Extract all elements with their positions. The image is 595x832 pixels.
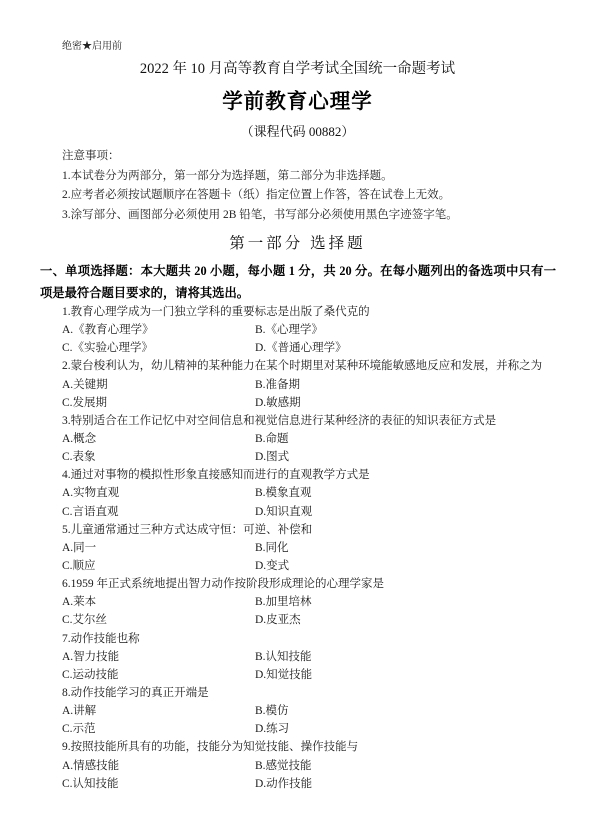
option-a: A.莱本 xyxy=(62,593,255,611)
option-b: B.认知技能 xyxy=(255,648,556,666)
option-a: A.《教育心理学》 xyxy=(62,321,255,339)
option-b: B.模象直观 xyxy=(255,484,556,502)
option-b: B.《心理学》 xyxy=(255,321,556,339)
question-8: 8.动作技能学习的真正开端是 A.讲解 B.模仿 C.示范 D.练习 xyxy=(62,684,556,738)
option-c: C.艾尔丝 xyxy=(62,611,255,629)
option-b: B.模仿 xyxy=(255,702,556,720)
exam-paper-page: 绝密★启用前 2022 年 10 月高等教育自学考试全国统一命题考试 学前教育心… xyxy=(0,0,595,832)
question-7: 7.动作技能也称 A.智力技能 B.认知技能 C.运动技能 D.知觉技能 xyxy=(62,630,556,684)
option-d: D.动作技能 xyxy=(255,775,556,793)
option-b: B.加里培林 xyxy=(255,593,556,611)
question-stem: 1.教育心理学成为一门独立学科的重要标志是出版了桑代克的 xyxy=(62,303,556,321)
option-d: D.变式 xyxy=(255,557,556,575)
question-1: 1.教育心理学成为一门独立学科的重要标志是出版了桑代克的 A.《教育心理学》 B… xyxy=(62,303,556,357)
question-stem: 7.动作技能也称 xyxy=(62,630,556,648)
option-a: A.概念 xyxy=(62,430,255,448)
option-group: A.同一 B.同化 C.顺应 D.变式 xyxy=(62,539,556,575)
option-group: A.实物直观 B.模象直观 C.言语直观 D.知识直观 xyxy=(62,484,556,520)
question-5: 5.儿童通常通过三种方式达成守恒：可逆、补偿和 A.同一 B.同化 C.顺应 D… xyxy=(62,521,556,575)
exam-subject-title: 学前教育心理学 xyxy=(0,84,595,114)
exam-session-title: 2022 年 10 月高等教育自学考试全国统一命题考试 xyxy=(0,57,595,78)
option-d: D.练习 xyxy=(255,720,556,738)
question-stem: 3.特别适合在工作记忆中对空间信息和视觉信息进行某种经济的表征的知识表征方式是 xyxy=(62,412,556,430)
option-a: A.实物直观 xyxy=(62,484,255,502)
security-classification-label: 绝密★启用前 xyxy=(62,37,122,52)
notice-item: 2.应考者必须按试题顺序在答题卡（纸）指定位置上作答，答在试卷上无效。 xyxy=(62,186,458,206)
option-c: C.表象 xyxy=(62,448,255,466)
option-group: A.情感技能 B.感觉技能 C.认知技能 D.动作技能 xyxy=(62,757,556,793)
option-a: A.同一 xyxy=(62,539,255,557)
option-group: A.讲解 B.模仿 C.示范 D.练习 xyxy=(62,702,556,738)
question-9: 9.按照技能所具有的功能，技能分为知觉技能、操作技能与 A.情感技能 B.感觉技… xyxy=(62,738,556,792)
option-d: D.《普通心理学》 xyxy=(255,339,556,357)
section-instruction: 一、单项选择题：本大题共 20 小题，每小题 1 分，共 20 分。在每小题列出… xyxy=(40,260,556,304)
option-c: C.《实验心理学》 xyxy=(62,339,255,357)
notice-item: 1.本试卷分为两部分，第一部分为选择题，第二部分为非选择题。 xyxy=(62,167,458,187)
part-one-heading: 第一部分 选择题 xyxy=(0,231,595,253)
question-stem: 8.动作技能学习的真正开端是 xyxy=(62,684,556,702)
option-c: C.示范 xyxy=(62,720,255,738)
question-list: 1.教育心理学成为一门独立学科的重要标志是出版了桑代克的 A.《教育心理学》 B… xyxy=(62,303,556,793)
option-a: A.智力技能 xyxy=(62,648,255,666)
option-b: B.同化 xyxy=(255,539,556,557)
option-a: A.讲解 xyxy=(62,702,255,720)
option-c: C.认知技能 xyxy=(62,775,255,793)
option-d: D.皮亚杰 xyxy=(255,611,556,629)
option-b: B.命题 xyxy=(255,430,556,448)
option-group: A.关键期 B.准备期 C.发展期 D.敏感期 xyxy=(62,376,556,412)
option-d: D.敏感期 xyxy=(255,394,556,412)
question-stem: 2.蒙台梭利认为，幼儿精神的某种能力在某个时期里对某种环境能敏感地反应和发展，并… xyxy=(62,357,556,375)
notice-title: 注意事项： xyxy=(62,147,458,167)
option-a: A.情感技能 xyxy=(62,757,255,775)
option-group: A.概念 B.命题 C.表象 D.图式 xyxy=(62,430,556,466)
option-b: B.准备期 xyxy=(255,376,556,394)
option-group: A.莱本 B.加里培林 C.艾尔丝 D.皮亚杰 xyxy=(62,593,556,629)
option-d: D.图式 xyxy=(255,448,556,466)
option-c: C.发展期 xyxy=(62,394,255,412)
course-code: （课程代码 00882） xyxy=(0,121,595,140)
option-c: C.运动技能 xyxy=(62,666,255,684)
question-3: 3.特别适合在工作记忆中对空间信息和视觉信息进行某种经济的表征的知识表征方式是 … xyxy=(62,412,556,466)
option-b: B.感觉技能 xyxy=(255,757,556,775)
option-a: A.关键期 xyxy=(62,376,255,394)
question-stem: 9.按照技能所具有的功能，技能分为知觉技能、操作技能与 xyxy=(62,738,556,756)
option-c: C.言语直观 xyxy=(62,503,255,521)
question-2: 2.蒙台梭利认为，幼儿精神的某种能力在某个时期里对某种环境能敏感地反应和发展，并… xyxy=(62,357,556,411)
notice-section: 注意事项： 1.本试卷分为两部分，第一部分为选择题，第二部分为非选择题。 2.应… xyxy=(62,147,458,225)
question-stem: 4.通过对事物的模拟性形象直接感知而进行的直观教学方式是 xyxy=(62,466,556,484)
question-4: 4.通过对事物的模拟性形象直接感知而进行的直观教学方式是 A.实物直观 B.模象… xyxy=(62,466,556,520)
notice-item: 3.涂写部分、画图部分必须使用 2B 铅笔，书写部分必须使用黑色字迹签字笔。 xyxy=(62,206,458,226)
option-c: C.顺应 xyxy=(62,557,255,575)
question-stem: 6.1959 年正式系统地提出智力动作按阶段形成理论的心理学家是 xyxy=(62,575,556,593)
question-6: 6.1959 年正式系统地提出智力动作按阶段形成理论的心理学家是 A.莱本 B.… xyxy=(62,575,556,629)
option-group: A.《教育心理学》 B.《心理学》 C.《实验心理学》 D.《普通心理学》 xyxy=(62,321,556,357)
option-d: D.知觉技能 xyxy=(255,666,556,684)
option-d: D.知识直观 xyxy=(255,503,556,521)
question-stem: 5.儿童通常通过三种方式达成守恒：可逆、补偿和 xyxy=(62,521,556,539)
option-group: A.智力技能 B.认知技能 C.运动技能 D.知觉技能 xyxy=(62,648,556,684)
